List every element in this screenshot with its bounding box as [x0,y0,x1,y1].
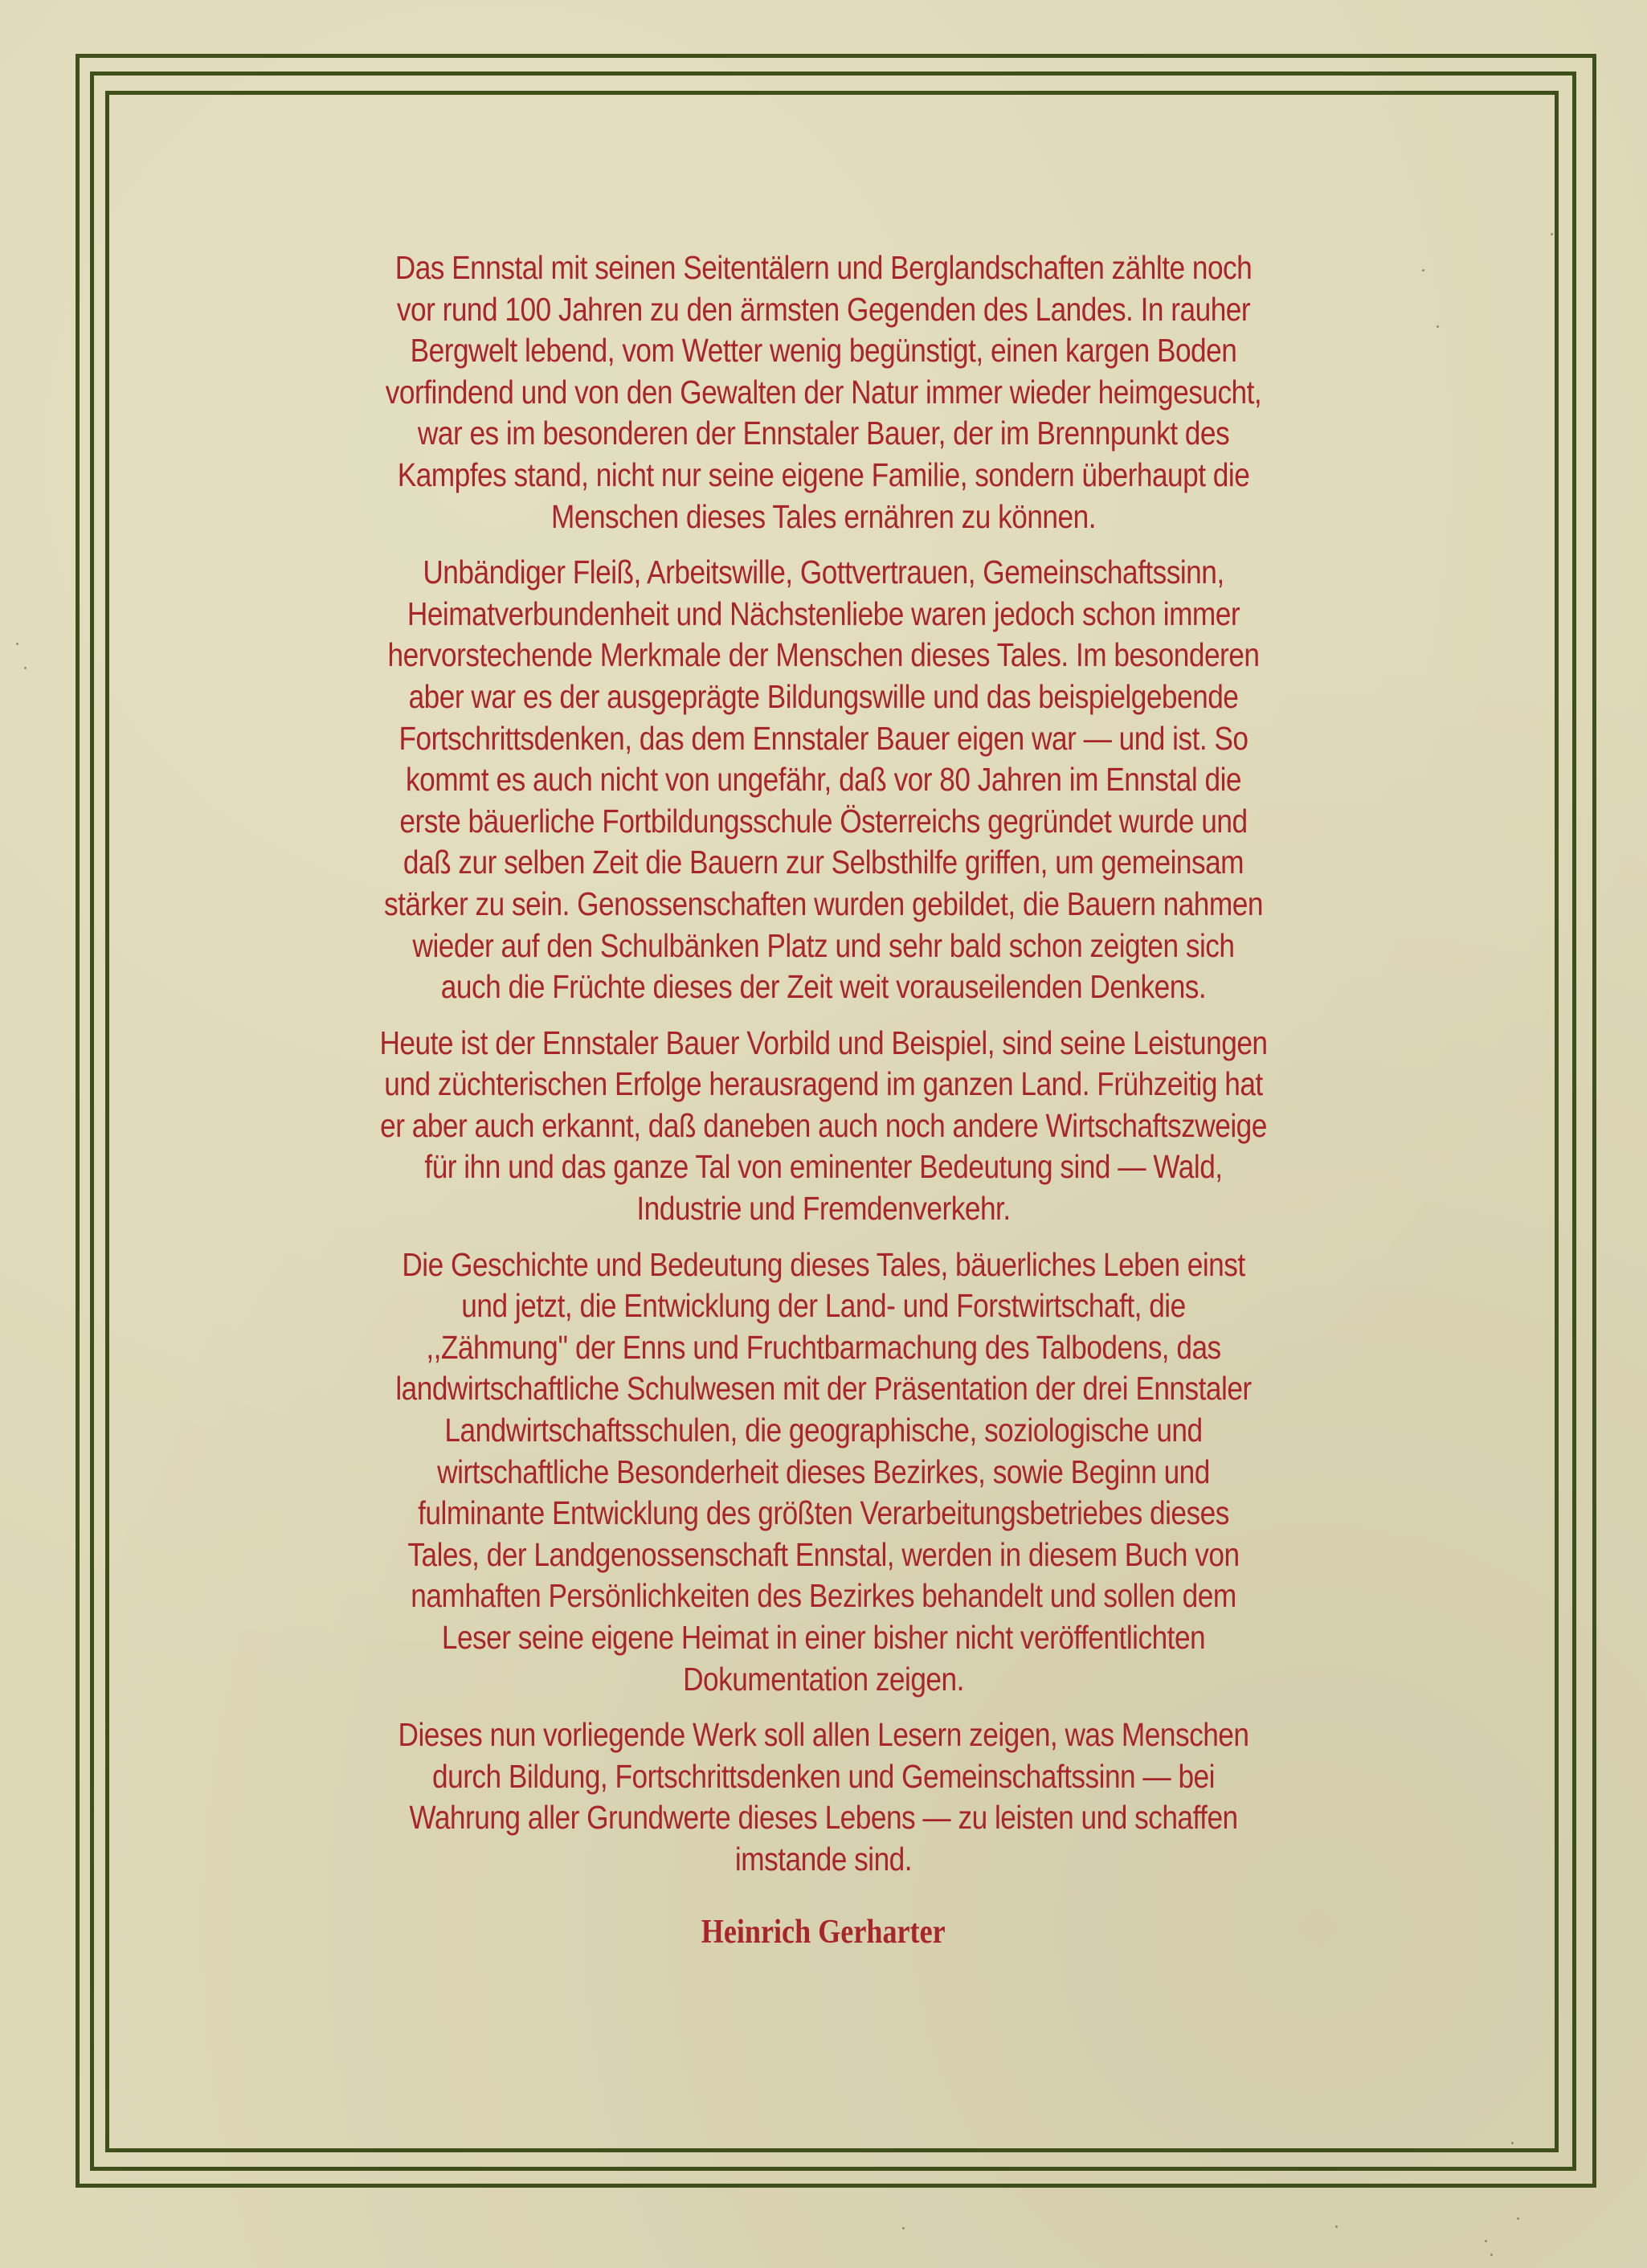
text-line: für ihn und das ganze Tal von eminenter … [296,1146,1351,1188]
text-line: kommt es auch nicht von ungefähr, daß vo… [296,759,1351,801]
author-signature: Heinrich Gerharter [210,1911,1437,1953]
text-line: und züchterischen Erfolge herausragend i… [296,1064,1351,1105]
paper-speck [1335,2225,1338,2228]
text-line: Unbändiger Fleiß, Arbeitswille, Gottvert… [296,552,1351,594]
text-line: vor rund 100 Jahren zu den ärmsten Gegen… [296,289,1351,331]
text-line: daß zur selben Zeit die Bauern zur Selbs… [296,842,1351,884]
text-line: Bergwelt lebend, vom Wetter wenig begüns… [296,330,1351,372]
text-line: Wahrung aller Grundwerte dieses Lebens —… [296,1797,1351,1839]
paper-speck [1490,2254,1493,2256]
text-line: Landwirtschaftsschulen, die geographisch… [296,1410,1351,1452]
text-line: wieder auf den Schulbänken Platz und seh… [296,926,1351,967]
paragraph-closing: Dieses nun vorliegende Werk soll allen L… [210,1714,1437,1880]
text-line: und jetzt, die Entwicklung der Land- und… [296,1285,1351,1327]
text-line: Tales, der Landgenossenschaft Ennstal, w… [296,1534,1351,1576]
text-line: erste bäuerliche Fortbildungsschule Öste… [296,801,1351,843]
author-name: Heinrich Gerharter [701,1911,946,1953]
text-line: wirtschaftliche Besonderheit dieses Bezi… [296,1452,1351,1494]
paragraph-book-contents: Die Geschichte und Bedeutung dieses Tale… [210,1244,1437,1701]
text-line: Dokumentation zeigen. [296,1659,1351,1701]
text-line: Leser seine eigene Heimat in einer bishe… [296,1617,1351,1659]
paper-speck [16,643,18,645]
paper-speck [1511,2142,1514,2144]
text-line: namhaften Persönlichkeiten des Bezirkes … [296,1575,1351,1617]
paper-speck [24,667,27,669]
paper-speck [1517,2217,1519,2220]
text-line: Industrie und Fremdenverkehr. [296,1188,1351,1230]
paper-speck [1551,233,1553,235]
text-line: Die Geschichte und Bedeutung dieses Tale… [296,1244,1351,1286]
text-line: fulminante Entwicklung des größten Verar… [296,1493,1351,1534]
text-line: vorfindend und von den Gewalten der Natu… [296,372,1351,414]
page-text-block: Das Ennstal mit seinen Seitentälern und … [210,247,1437,1953]
paper-speck [902,2227,905,2229]
text-line: Heute ist der Ennstaler Bauer Vorbild un… [296,1023,1351,1065]
text-line: Heimatverbundenheit und Nächstenliebe wa… [296,594,1351,635]
text-line: Menschen dieses Tales ernähren zu können… [296,497,1351,538]
paper-speck [1437,325,1439,328]
paper-speck [1485,2240,1487,2242]
text-line: landwirtschaftliche Schulwesen mit der P… [296,1368,1351,1410]
text-line: auch die Früchte dieses der Zeit weit vo… [296,966,1351,1008]
text-line: ,,Zähmung'' der Enns und Fruchtbarmachun… [296,1327,1351,1369]
text-line: aber war es der ausgeprägte Bildungswill… [296,676,1351,718]
paragraph-history: Das Ennstal mit seinen Seitentälern und … [210,247,1437,537]
text-line: imstande sind. [296,1839,1351,1881]
text-line: Das Ennstal mit seinen Seitentälern und … [296,247,1351,289]
text-line: hervorstechende Merkmale der Menschen di… [296,635,1351,676]
text-line: Fortschrittsdenken, das dem Ennstaler Ba… [296,718,1351,760]
paper-speck [1422,269,1424,272]
text-line: Dieses nun vorliegende Werk soll allen L… [296,1714,1351,1756]
text-line: Kampfes stand, nicht nur seine eigene Fa… [296,455,1351,497]
text-line: durch Bildung, Fortschrittsdenken und Ge… [296,1756,1351,1798]
text-line: er aber auch erkannt, daß daneben auch n… [296,1105,1351,1147]
paragraph-virtues: Unbändiger Fleiß, Arbeitswille, Gottvert… [210,552,1437,1008]
text-line: war es im besonderen der Ennstaler Bauer… [296,413,1351,455]
text-line: stärker zu sein. Genossenschaften wurden… [296,884,1351,926]
paragraph-today: Heute ist der Ennstaler Bauer Vorbild un… [210,1023,1437,1230]
